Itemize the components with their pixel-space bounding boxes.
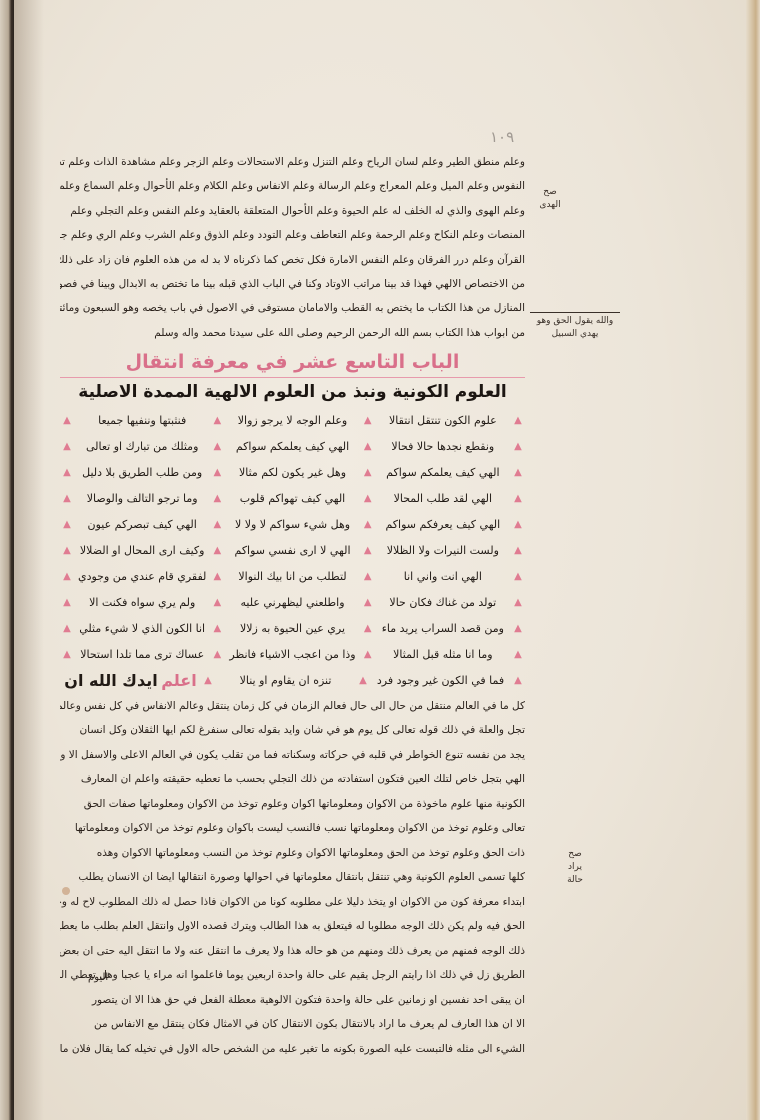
verse-marker-icon: ▲ bbox=[60, 493, 74, 504]
verse-marker-icon: ▲ bbox=[60, 467, 74, 478]
verse-line: ▲ تولد من غناك فكان حالا ▲ واطلعني ليظهر… bbox=[60, 590, 525, 616]
hemistich: وكيف ارى المحال او الضلالا bbox=[74, 544, 210, 557]
verse-marker-icon: ▲ bbox=[511, 623, 525, 634]
verse-marker-icon: ▲ bbox=[210, 415, 224, 426]
book-gutter bbox=[0, 0, 14, 1120]
text-line: النفوس وعلم الميل وعلم المعراج وعلم الرس… bbox=[60, 174, 525, 198]
text-line: وعلم منطق الطير وعلم لسان الرياح وعلم ال… bbox=[60, 150, 525, 174]
verse-marker-icon: ▲ bbox=[60, 545, 74, 556]
hemistich: الهي كيف تبصركم عيون bbox=[74, 518, 210, 531]
verse-line: ▲ ونقطع نجدها حالا فحالا ▲ الهي كيف يعلم… bbox=[60, 434, 525, 460]
text-line: ان يبقى احد نفسين او زمانين على حالة واح… bbox=[60, 988, 525, 1013]
verse-marker-icon: ▲ bbox=[511, 441, 525, 452]
verse-marker-icon: ▲ bbox=[201, 675, 215, 686]
verse-line: ▲ ولست النيرات ولا الظلالا ▲ الهي لا ارى… bbox=[60, 538, 525, 564]
verse-marker-icon: ▲ bbox=[210, 493, 224, 504]
margin-note-1: صح الهدى bbox=[530, 186, 570, 212]
sahh-mark: صح bbox=[560, 848, 590, 861]
verse-marker-icon: ▲ bbox=[210, 545, 224, 556]
verse-marker-icon: ▲ bbox=[361, 597, 375, 608]
main-text-block: وعلم منطق الطير وعلم لسان الرياح وعلم ال… bbox=[60, 150, 525, 1061]
verse-marker-icon: ▲ bbox=[361, 649, 375, 660]
hemistich: وذا من اعجب الاشياء فانظر bbox=[224, 648, 360, 661]
text-line: ذلك الوجه فمنهم من يعرف ذلك ومنهم من هو … bbox=[60, 939, 525, 964]
catchword: اليوم bbox=[88, 972, 108, 983]
prose-top: وعلم منطق الطير وعلم لسان الرياح وعلم ال… bbox=[60, 150, 525, 321]
hemistich: الهي لقد طلب المحالا bbox=[375, 492, 511, 505]
text-line: يجد من نفسه تنوع الخواطر في قلبه في حركا… bbox=[60, 743, 525, 768]
verse-marker-icon: ▲ bbox=[511, 545, 525, 556]
verse-marker-icon: ▲ bbox=[210, 441, 224, 452]
verse-marker-icon: ▲ bbox=[60, 415, 74, 426]
verse-marker-icon: ▲ bbox=[511, 597, 525, 608]
margin-note-2: والله يقول الحق وهو يهدي السبيل bbox=[530, 312, 620, 341]
verse-line: ▲ الهي لقد طلب المحالا ▲ الهي كيف تهواكم… bbox=[60, 486, 525, 512]
verse-line: ▲ الهي كيف يعرفكم سواكم ▲ وهل شيء سواكم … bbox=[60, 512, 525, 538]
hemistich: ولم يري سواه فكنت الا bbox=[74, 596, 210, 609]
text-line: الا ان هذا العارف لم يعرف ما اراد بالانت… bbox=[60, 1012, 525, 1037]
text-line: كلها تسمى العلوم الكونية وهي تنتقل بانتق… bbox=[60, 865, 525, 890]
hemistich: الهي كيف يعلمكم سواكم bbox=[224, 440, 360, 453]
verse-marker-icon: ▲ bbox=[511, 493, 525, 504]
verse-marker-icon: ▲ bbox=[361, 571, 375, 582]
hemistich: ومن طلب الطريق بلا دليل bbox=[74, 466, 210, 479]
verse-line: ▲ وما انا مثله قبل المثالا ▲ وذا من اعجب… bbox=[60, 642, 525, 668]
margin-note-text: يراد حالة bbox=[560, 861, 590, 887]
verse-line: ▲ فما في الكون غير وجود فرد ▲ تنزه ان يق… bbox=[60, 668, 525, 694]
text-line: الكونية منها علوم ماخوذة من الاكوان ومعل… bbox=[60, 792, 525, 817]
hemistich: وهل شيء سواكم لا ولا لا bbox=[224, 518, 360, 531]
paper-stain bbox=[62, 887, 70, 895]
sahh-mark: صح bbox=[530, 186, 570, 199]
page-edge bbox=[746, 0, 760, 1120]
text-line: القرآن وعلم درر الفرقان وعلم النفس الاما… bbox=[60, 248, 525, 272]
hemistich: واطلعني ليظهرني عليه bbox=[224, 596, 360, 609]
hemistich: وما ترجو التالف والوصالا bbox=[74, 492, 210, 505]
poem: ▲ علوم الكون تنتقل انتقالا ▲ وعلم الوجه … bbox=[60, 408, 525, 694]
chapter-subtitle: العلوم الكونية ونبذ من العلوم الالهية ال… bbox=[60, 378, 525, 406]
verse-line: ▲ ومن قصد السراب يريد ماء ▲ يري عين الحي… bbox=[60, 616, 525, 642]
hemistich: تنزه ان يقاوم او ينالا bbox=[215, 674, 356, 687]
verse-marker-icon: ▲ bbox=[361, 467, 375, 478]
hemistich: ونقطع نجدها حالا فحالا bbox=[375, 440, 511, 453]
verse-marker-icon: ▲ bbox=[210, 467, 224, 478]
basmala-line: من ابواب هذا الكتاب بسم الله الرحمن الرح… bbox=[60, 321, 525, 345]
text-line: وعلم الهوى والذي له الخلف له علم الحيوة … bbox=[60, 199, 525, 223]
chapter-title: الباب التاسع عشر في معرفة انتقال bbox=[60, 347, 525, 378]
hemistich: فنثبتها وننفيها جميعا bbox=[74, 414, 210, 427]
folio-number: ١٠٩ bbox=[490, 128, 514, 146]
text-line: تجل والعلة في ذلك قوله تعالى كل يوم هو ف… bbox=[60, 718, 525, 743]
text-line: تعالى وعلوم توخذ من الاكوان ومعلوماتها ن… bbox=[60, 816, 525, 841]
verse-marker-icon: ▲ bbox=[361, 519, 375, 530]
hemistich: الهي كيف تهواكم قلوب bbox=[224, 492, 360, 505]
text-line: المنصات وعلم النكاح وعلم الرحمة وعلم الت… bbox=[60, 223, 525, 247]
verse-marker-icon: ▲ bbox=[511, 415, 525, 426]
gutter-shadow bbox=[14, 0, 44, 1120]
verse-marker-icon: ▲ bbox=[361, 441, 375, 452]
margin-note-text: والله يقول الحق وهو يهدي السبيل bbox=[530, 315, 620, 341]
text-line: الطريق زل في ذلك اذا رايتم الرجل يقيم عل… bbox=[60, 963, 525, 988]
hemistich: الهي كيف يعرفكم سواكم bbox=[375, 518, 511, 531]
verse-marker-icon: ▲ bbox=[511, 571, 525, 582]
hemistich: الهي لا ارى نفسي سواكم bbox=[224, 544, 360, 557]
verse-marker-icon: ▲ bbox=[210, 649, 224, 660]
text-line: ابتداء معرفة كون من الاكوان او يتخذ دليل… bbox=[60, 890, 525, 915]
hemistich: يري عين الحيوة به زلالا bbox=[224, 622, 360, 635]
hemistich: انا الكون الذي لا شيء مثلي bbox=[74, 622, 210, 635]
verse-marker-icon: ▲ bbox=[361, 623, 375, 634]
text-line: ذات الحق وعلوم توخذ من الحق ومعلوماتها ا… bbox=[60, 841, 525, 866]
hemistich: الهي كيف يعلمكم سواكم bbox=[375, 466, 511, 479]
hemistich: وما انا مثله قبل المثالا bbox=[375, 648, 511, 661]
text-line: الهي بتجل خاص لتلك العين فتكون استفادته … bbox=[60, 767, 525, 792]
verse-marker-icon: ▲ bbox=[210, 571, 224, 582]
rubric-black-words: ايدك الله ان bbox=[64, 671, 157, 690]
verse-marker-icon: ▲ bbox=[210, 519, 224, 530]
text-line: كل ما في العالم منتقل من حال الى حال فعا… bbox=[60, 694, 525, 719]
verse-marker-icon: ▲ bbox=[60, 519, 74, 530]
hemistich: وعلم الوجه لا يرجو زوالا bbox=[224, 414, 360, 427]
verse-marker-icon: ▲ bbox=[60, 649, 74, 660]
manuscript-page: ١٠٩ وعلم منطق الطير وعلم لسان الرياح وعل… bbox=[0, 0, 760, 1120]
hemistich: لفقري قام عندي من وجودي bbox=[74, 570, 210, 583]
verse-marker-icon: ▲ bbox=[60, 571, 74, 582]
verse-line: ▲ الهي كيف يعلمكم سواكم ▲ وهل غير يكون ل… bbox=[60, 460, 525, 486]
verse-marker-icon: ▲ bbox=[511, 649, 525, 660]
hemistich: ومثلك من تبارك او تعالى bbox=[74, 440, 210, 453]
verse-marker-icon: ▲ bbox=[511, 675, 525, 686]
hemistich: علوم الكون تنتقل انتقالا bbox=[375, 414, 511, 427]
hemistich: لتطلب من انا بيك النوالا bbox=[224, 570, 360, 583]
verse-marker-icon: ▲ bbox=[60, 441, 74, 452]
hemistich: عساك ترى مما تلدا استحالا bbox=[74, 648, 210, 661]
rubric-red-word: اعلم bbox=[161, 671, 197, 690]
hemistich: الهي انت واني انا bbox=[375, 570, 511, 583]
verse-line: ▲ الهي انت واني انا ▲ لتطلب من انا بيك ا… bbox=[60, 564, 525, 590]
hemistich: فما في الكون غير وجود فرد bbox=[370, 674, 511, 687]
text-line: الحق فيه ولم يكن ذلك الوجه مطلوبا له فيت… bbox=[60, 914, 525, 939]
text-line: الشيء الى مثله فالتبست عليه الصورة بكونه… bbox=[60, 1037, 525, 1062]
verse-marker-icon: ▲ bbox=[356, 675, 370, 686]
verse-marker-icon: ▲ bbox=[361, 415, 375, 426]
verse-marker-icon: ▲ bbox=[511, 467, 525, 478]
text-line: من الاختصاص الالهي فهذا قد بينا مراتب ال… bbox=[60, 272, 525, 296]
rubric-heading: اعلم ايدك الله ان bbox=[60, 671, 201, 690]
margin-note-text: الهدى bbox=[530, 199, 570, 212]
verse-marker-icon: ▲ bbox=[361, 493, 375, 504]
hemistich: وهل غير يكون لكم مثالا bbox=[224, 466, 360, 479]
margin-note-3: صح يراد حالة bbox=[560, 848, 590, 887]
verse-marker-icon: ▲ bbox=[60, 623, 74, 634]
prose-bottom: كل ما في العالم منتقل من حال الى حال فعا… bbox=[60, 694, 525, 1062]
text-line: المنازل من هذا الكتاب ما يختص به القطب و… bbox=[60, 296, 525, 320]
verse-marker-icon: ▲ bbox=[60, 597, 74, 608]
hemistich: ومن قصد السراب يريد ماء bbox=[375, 622, 511, 635]
hemistich: ولست النيرات ولا الظلالا bbox=[375, 544, 511, 557]
verse-marker-icon: ▲ bbox=[210, 623, 224, 634]
hemistich: تولد من غناك فكان حالا bbox=[375, 596, 511, 609]
verse-marker-icon: ▲ bbox=[361, 545, 375, 556]
verse-marker-icon: ▲ bbox=[511, 519, 525, 530]
verse-line: ▲ علوم الكون تنتقل انتقالا ▲ وعلم الوجه … bbox=[60, 408, 525, 434]
verse-marker-icon: ▲ bbox=[210, 597, 224, 608]
